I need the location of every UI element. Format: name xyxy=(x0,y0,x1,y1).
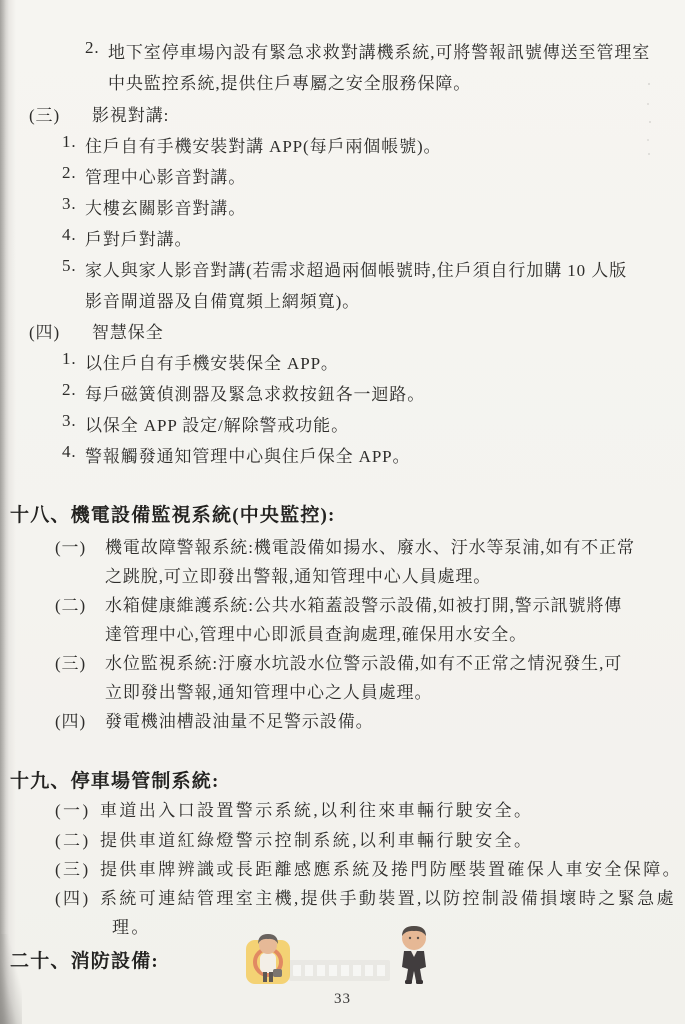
text-line: 4. 戶對戶對講。 xyxy=(0,225,685,251)
body-text: 提供車牌辨識或長距離感應系統及捲門防壓裝置確保人車安全保障。 xyxy=(100,855,682,880)
body-text: 車道出入口設置警示系統,以利往來車輛行駛安全。 xyxy=(100,796,533,821)
list-marker: 3. xyxy=(62,411,77,431)
body-text: 以保全 APP 設定/解除警戒功能。 xyxy=(85,411,349,436)
text-line: (一) 機電故障警報系統:機電設備如揚水、廢水、汙水等泵浦,如有不正常 xyxy=(0,533,685,559)
text-line: 2. 每戶磁簧偵測器及緊急求救按鈕各一迴路。 xyxy=(0,380,685,406)
body-text: 發電機油槽設油量不足警示設備。 xyxy=(105,707,374,732)
body-text: 水箱健康維護系統:公共水箱蓋設警示設備,如被打開,警示訊號將傳 xyxy=(105,591,622,616)
body-text: 大樓玄關影音對講。 xyxy=(85,194,246,219)
text-line: 3. 以保全 APP 設定/解除警戒功能。 xyxy=(0,411,685,437)
body-text: 以住戶自有手機安裝保全 APP。 xyxy=(85,349,339,374)
list-marker: 1. xyxy=(62,132,77,152)
list-marker: (四) xyxy=(55,884,91,909)
section-header: 十九、停車場管制系統: xyxy=(0,766,685,792)
text-line: 理。 xyxy=(0,913,685,939)
page-number: 33 xyxy=(0,991,685,1008)
list-marker: (三) xyxy=(55,649,86,674)
body-text: 水位監視系統:汙廢水坑設水位警示設備,如有不正常之情況發生,可 xyxy=(105,649,622,674)
text-line: 1. 以住戶自有手機安裝保全 APP。 xyxy=(0,349,685,375)
text-line: (三) 水位監視系統:汙廢水坑設水位警示設備,如有不正常之情況發生,可 xyxy=(0,649,685,675)
body-text: 理。 xyxy=(112,913,151,938)
list-marker: (四) xyxy=(55,707,86,732)
subsection-title: 影視對講: xyxy=(92,101,169,126)
list-marker: 2. xyxy=(62,163,77,183)
text-line: 之跳脫,可立即發出警報,通知管理中心人員處理。 xyxy=(0,562,685,588)
suit-man-sticker-icon xyxy=(392,923,436,996)
body-text: 每戶磁簧偵測器及緊急求救按鈕各一迴路。 xyxy=(85,380,425,405)
scanned-document-page: 2. 地下室停車場內設有緊急求救對講機系統,可將警報訊號傳送至管理室 中央監控系… xyxy=(0,0,685,1024)
text-line: 3. 大樓玄關影音對講。 xyxy=(0,194,685,220)
text-line: (四) 發電機油槽設油量不足警示設備。 xyxy=(0,707,685,733)
text-line: 2. 管理中心影音對講。 xyxy=(0,163,685,189)
text-line: (二) 提供車道紅綠燈警示控制系統,以利車輛行駛安全。 xyxy=(0,826,685,852)
faint-watermark-band xyxy=(289,960,390,981)
text-line: 5. 家人與家人影音對講(若需求超過兩個帳號時,住戶須自行加購 10 人版 xyxy=(0,256,685,282)
body-text: 達管理中心,管理中心即派員查詢處理,確保用水安全。 xyxy=(105,620,527,645)
list-marker: (四) xyxy=(29,318,60,343)
text-line: (二) 水箱健康維護系統:公共水箱蓋設警示設備,如被打開,警示訊號將傳 xyxy=(0,591,685,617)
list-marker: 4. xyxy=(62,225,77,245)
text-line: (一) 車道出入口設置警示系統,以利往來車輛行駛安全。 xyxy=(0,796,685,822)
text-line: 2. 地下室停車場內設有緊急求救對講機系統,可將警報訊號傳送至管理室 xyxy=(0,38,685,64)
text-line: 4. 警報觸發通知管理中心與住戶保全 APP。 xyxy=(0,442,685,468)
section-title: 十九、停車場管制系統: xyxy=(10,766,220,793)
body-text: 警報觸發通知管理中心與住戶保全 APP。 xyxy=(85,442,410,467)
text-line: 1. 住戶自有手機安裝對講 APP(每戶兩個帳號)。 xyxy=(0,132,685,158)
text-line: (三) 提供車牌辨識或長距離感應系統及捲門防壓裝置確保人車安全保障。 xyxy=(0,855,685,881)
body-text: 地下室停車場內設有緊急求救對講機系統,可將警報訊號傳送至管理室 xyxy=(108,38,650,63)
text-line: 立即發出警報,通知管理中心之人員處理。 xyxy=(0,678,685,704)
list-marker: (三) xyxy=(55,855,91,880)
body-text: 管理中心影音對講。 xyxy=(85,163,246,188)
body-text: 機電故障警報系統:機電設備如揚水、廢水、汙水等泵浦,如有不正常 xyxy=(105,533,635,558)
body-text: 中央監控系統,提供住戶專屬之安全服務保障。 xyxy=(108,69,471,94)
list-marker: 5. xyxy=(62,256,77,276)
body-text: 之跳脫,可立即發出警報,通知管理中心人員處理。 xyxy=(105,562,491,587)
body-text: 家人與家人影音對講(若需求超過兩個帳號時,住戶須自行加購 10 人版 xyxy=(85,256,627,281)
body-text: 住戶自有手機安裝對講 APP(每戶兩個帳號)。 xyxy=(85,132,441,157)
text-line: 達管理中心,管理中心即派員查詢處理,確保用水安全。 xyxy=(0,620,685,646)
list-marker: 3. xyxy=(62,194,77,214)
list-marker: (二) xyxy=(55,591,86,616)
text-line: (四) 系統可連結管理室主機,提供手動裝置,以防控制設備損壞時之緊急處 xyxy=(0,884,685,910)
list-marker: (一) xyxy=(55,533,86,558)
section-title: 十八、機電設備監視系統(中央監控): xyxy=(10,500,336,527)
section-header: 十八、機電設備監視系統(中央監控): xyxy=(0,500,685,526)
person-sticker-icon xyxy=(243,929,293,994)
text-line: 中央監控系統,提供住戶專屬之安全服務保障。 xyxy=(0,69,685,95)
list-marker: 2. xyxy=(62,380,77,400)
body-text: 立即發出警報,通知管理中心之人員處理。 xyxy=(105,678,432,703)
list-marker: 4. xyxy=(62,442,77,462)
body-text: 系統可連結管理室主機,提供手動裝置,以防控制設備損壞時之緊急處 xyxy=(100,884,676,909)
body-text: 提供車道紅綠燈警示控制系統,以利車輛行駛安全。 xyxy=(100,826,533,851)
list-marker: 2. xyxy=(85,38,100,58)
body-text: 戶對戶對講。 xyxy=(85,225,192,250)
list-marker: (一) xyxy=(55,796,91,821)
text-line: (三) 影視對講: xyxy=(0,101,685,127)
section-title: 二十、消防設備: xyxy=(10,946,159,973)
text-line: 影音閘道器及自備寬頻上網頻寬)。 xyxy=(0,287,685,313)
subsection-title: 智慧保全 xyxy=(92,318,164,343)
list-marker: 1. xyxy=(62,349,77,369)
body-text: 影音閘道器及自備寬頻上網頻寬)。 xyxy=(85,287,360,312)
list-marker: (二) xyxy=(55,826,91,851)
list-marker: (三) xyxy=(29,101,60,126)
text-line: (四) 智慧保全 xyxy=(0,318,685,344)
